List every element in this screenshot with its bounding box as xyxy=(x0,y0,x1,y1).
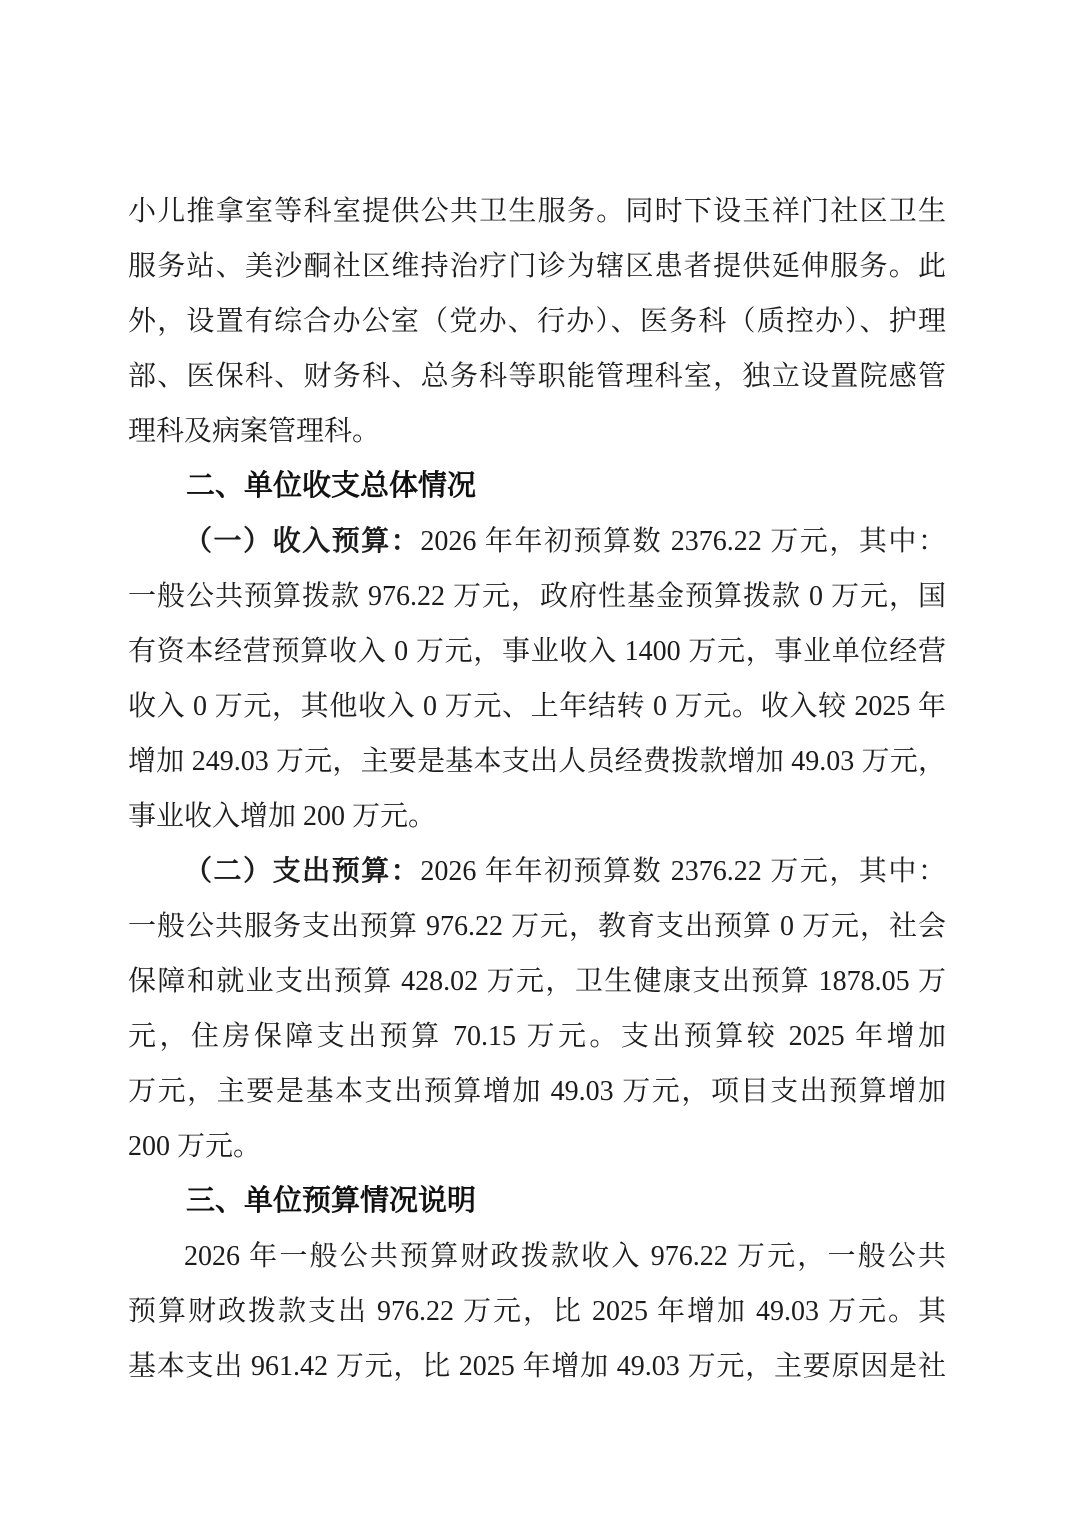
paragraph-lead-rest: 2026 年年初预算数 2376.22 万元，其中： xyxy=(420,856,946,887)
text-line: 理科及病案管理科。 xyxy=(128,404,946,459)
text-line: 收入 0 万元，其他收入 0 万元、上年结转 0 万元。收入较 2025 年 xyxy=(128,679,946,734)
text-line: 预算财政拨款支出 976.22 万元，比 2025 年增加 49.03 万元。其… xyxy=(128,1284,946,1339)
section-heading-2: 二、单位收支总体情况 xyxy=(128,459,946,514)
section-heading-3: 三、单位预算情况说明 xyxy=(128,1174,946,1229)
text-line: 部、医保科、财务科、总务科等职能管理科室，独立设置院感管 xyxy=(128,349,946,404)
text-line: 服务站、美沙酮社区维持治疗门诊为辖区患者提供延伸服务。此 xyxy=(128,239,946,294)
text-line: 保障和就业支出预算 428.02 万元，卫生健康支出预算 1878.05 万 xyxy=(128,954,946,1009)
text-line: 200 万元。 xyxy=(128,1119,946,1174)
text-line: （一）收入预算：2026 年年初预算数 2376.22 万元，其中： xyxy=(128,514,946,569)
paragraph-lead-rest: 2026 年年初预算数 2376.22 万元，其中： xyxy=(420,526,946,557)
text-line: 元，住房保障支出预算 70.15 万元。支出预算较 2025 年增加 249.0… xyxy=(128,1009,946,1064)
text-line: （二）支出预算：2026 年年初预算数 2376.22 万元，其中： xyxy=(128,844,946,899)
text-line: 外，设置有综合办公室（党办、行办）、医务科（质控办）、护理 xyxy=(128,294,946,349)
text-line: 一般公共预算拨款 976.22 万元，政府性基金预算拨款 0 万元，国 xyxy=(128,569,946,624)
text-line: 有资本经营预算收入 0 万元，事业收入 1400 万元，事业单位经营 xyxy=(128,624,946,679)
text-line: 2026 年一般公共预算财政拨款收入 976.22 万元，一般公共 xyxy=(128,1229,946,1284)
paragraph-lead-income: （一）收入预算： xyxy=(184,526,420,557)
document-page: 小儿推拿室等科室提供公共卫生服务。同时下设玉祥门社区卫生 服务站、美沙酮社区维持… xyxy=(0,0,1074,1394)
text-line: 一般公共服务支出预算 976.22 万元，教育支出预算 0 万元，社会 xyxy=(128,899,946,954)
text-line: 基本支出 961.42 万元，比 2025 年增加 49.03 万元，主要原因是… xyxy=(128,1339,946,1394)
text-line: 万元，主要是基本支出预算增加 49.03 万元，项目支出预算增加 xyxy=(128,1064,946,1119)
text-line: 事业收入增加 200 万元。 xyxy=(128,789,946,844)
paragraph-lead-expense: （二）支出预算： xyxy=(184,856,420,887)
text-line: 小儿推拿室等科室提供公共卫生服务。同时下设玉祥门社区卫生 xyxy=(128,184,946,239)
text-line: 增加 249.03 万元，主要是基本支出人员经费拨款增加 49.03 万元， xyxy=(128,734,946,789)
